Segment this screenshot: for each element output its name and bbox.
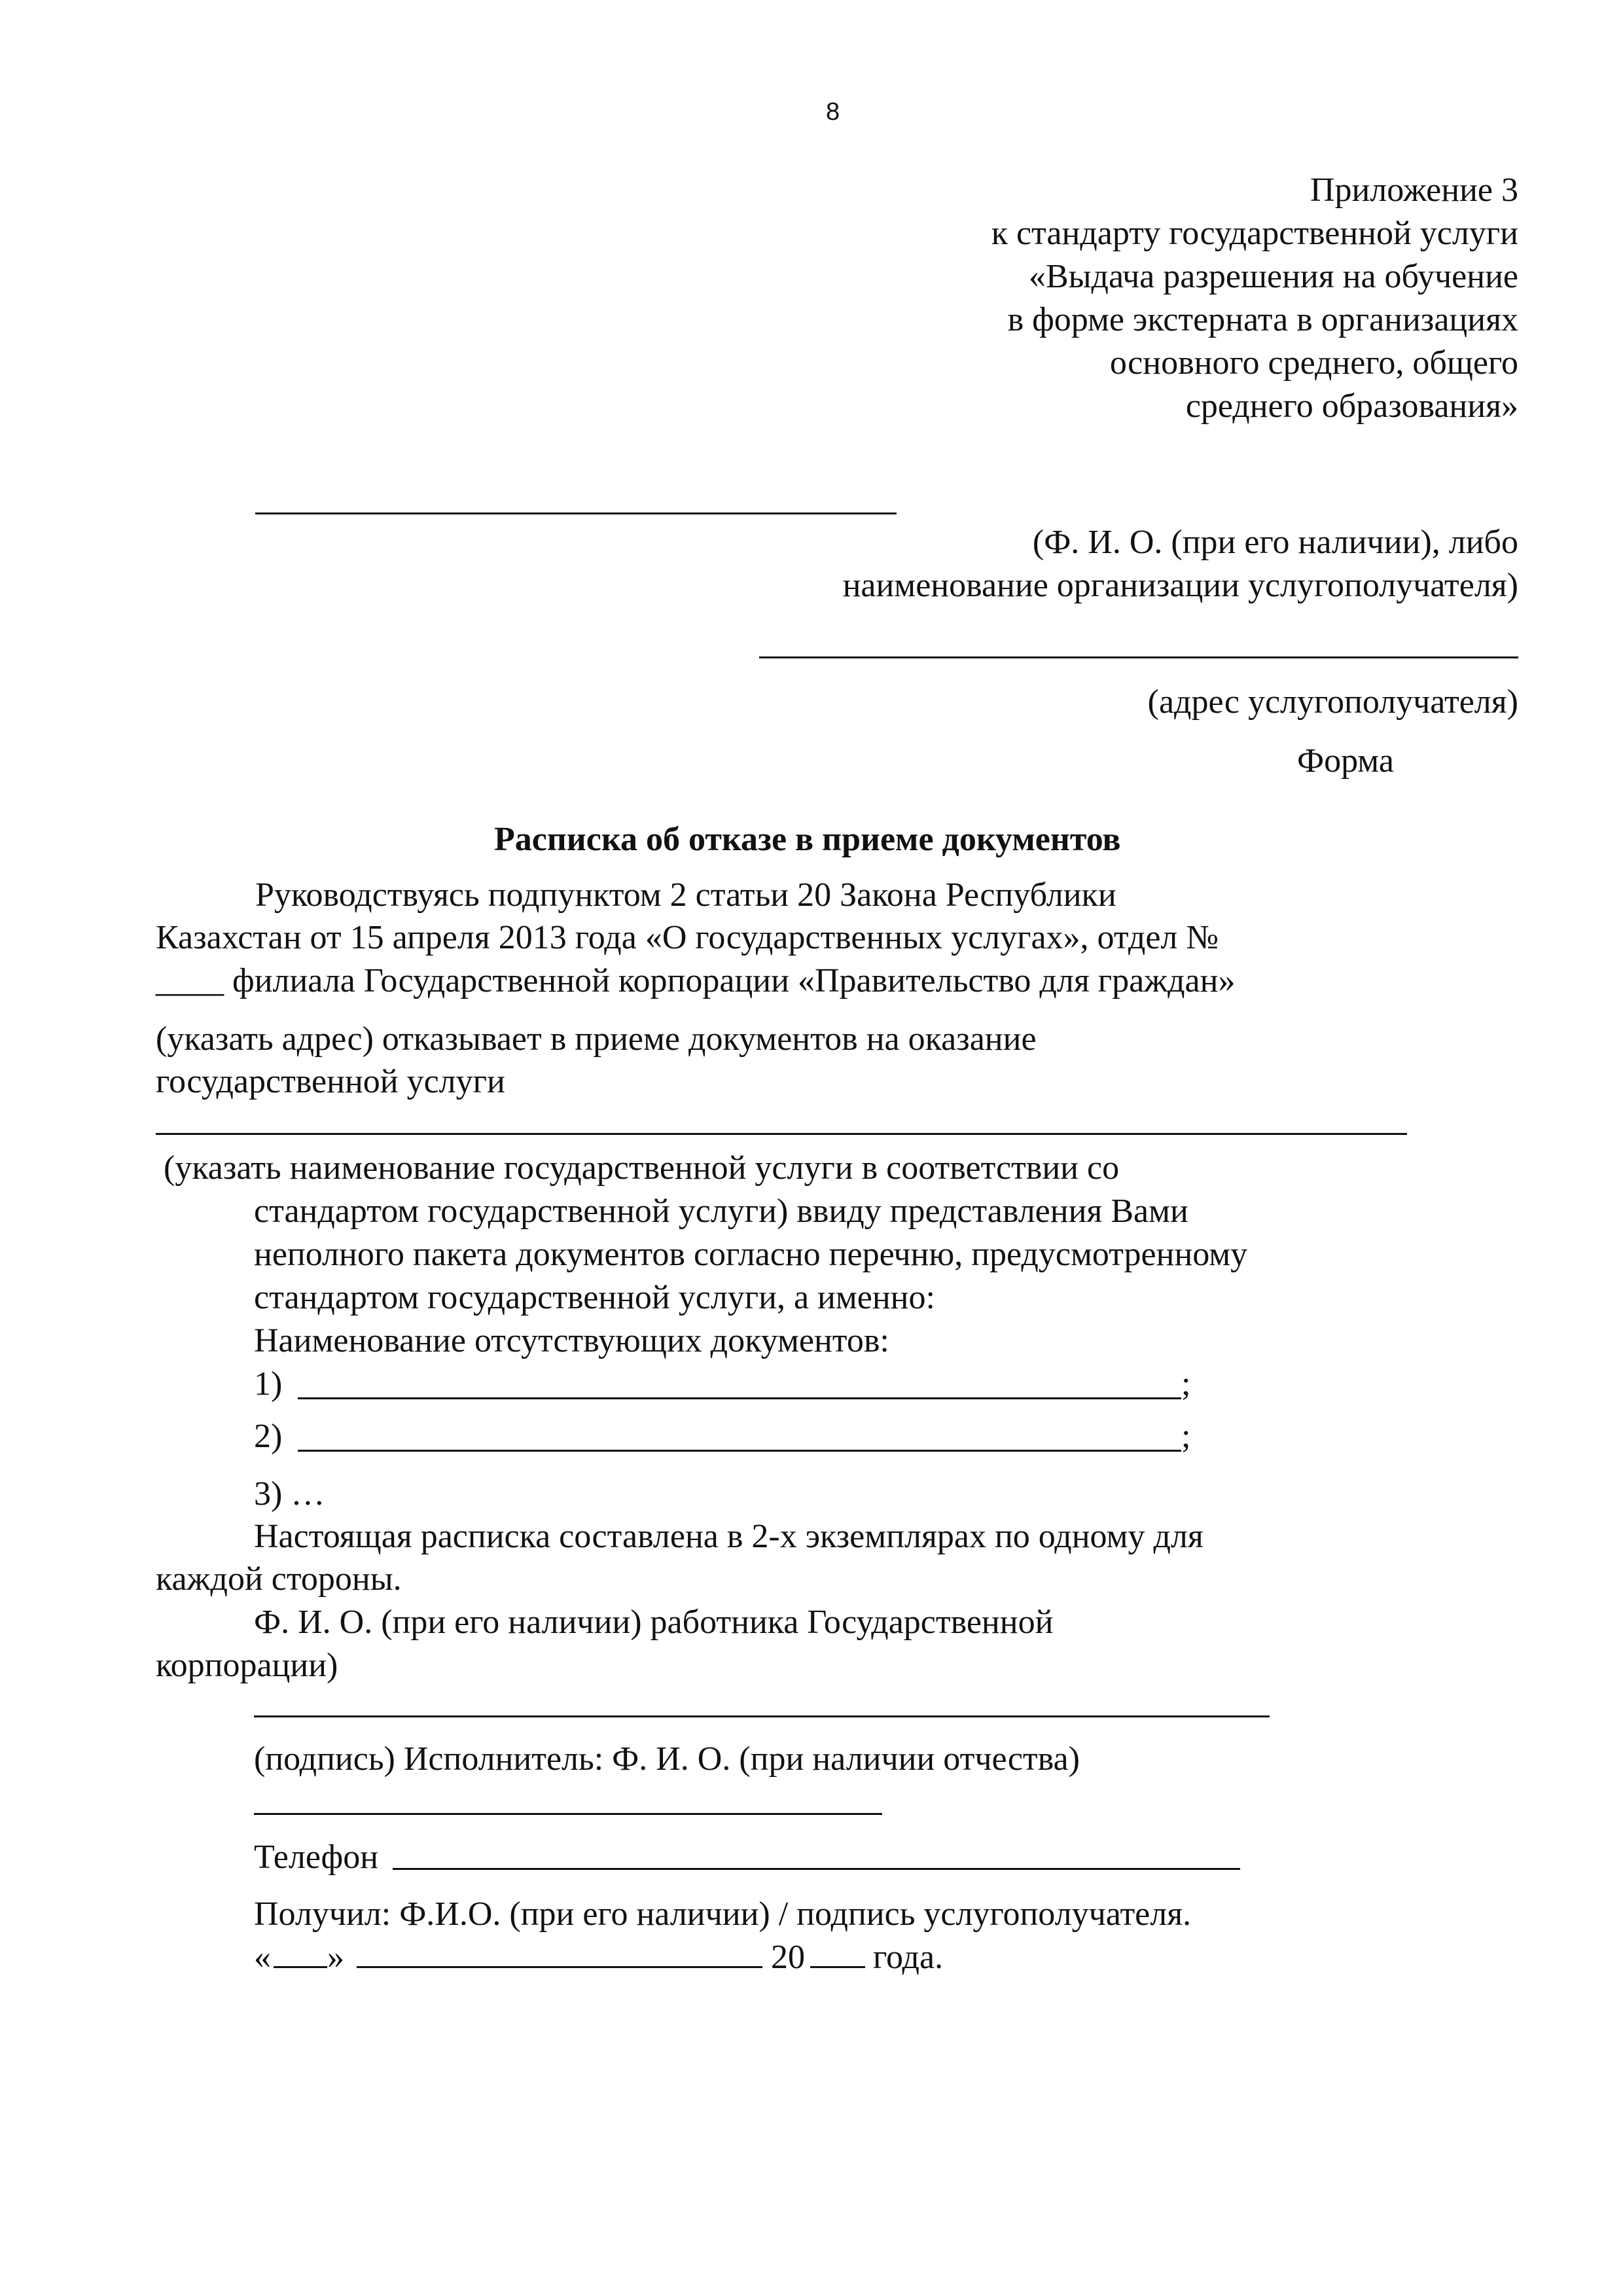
appendix-line-6: среднего образования» [1186, 385, 1518, 428]
item-1-blank[interactable] [298, 1397, 1181, 1399]
appendix-line-4: в форме экстерната в организациях [1008, 298, 1518, 342]
item-1-suffix: ; [1181, 1363, 1190, 1406]
appendix-line-1: Приложение 3 [1310, 169, 1518, 212]
date-year-blank[interactable] [810, 1966, 865, 1968]
executor-name-blank[interactable] [254, 1813, 882, 1815]
copies-line-2: каждой стороны. [156, 1558, 402, 1601]
paragraph-3-line-2: стандартом государственной услуги) ввиду… [254, 1190, 1188, 1233]
item-1-number: 1) [254, 1363, 282, 1406]
date-century: 20 [771, 1936, 805, 1979]
paragraph-3-line-3: неполного пакета документов согласно пер… [254, 1233, 1247, 1276]
recipient-address-blank[interactable] [759, 656, 1518, 658]
service-name-blank[interactable] [156, 1133, 1407, 1135]
employee-signature-blank[interactable] [254, 1715, 1270, 1717]
paragraph-3-line-4: стандартом государственной услуги, а име… [254, 1276, 935, 1319]
copies-line-1: Настоящая расписка составлена в 2-х экзе… [254, 1515, 1204, 1558]
item-2-blank[interactable] [298, 1450, 1181, 1452]
employee-line-2: корпорации) [156, 1644, 338, 1687]
date-day-blank[interactable] [274, 1966, 327, 1968]
paragraph-2-line-1: (указать адрес) отказывает в приеме доку… [156, 1018, 1037, 1061]
appendix-line-5: основного среднего, общего [1110, 342, 1518, 385]
phone-blank[interactable] [393, 1868, 1240, 1870]
paragraph-3-line-1: (указать наименование государственной ус… [164, 1147, 1119, 1190]
received-line: Получил: Ф.И.О. (при его наличии) / подп… [254, 1893, 1191, 1936]
date-open-quote: « [254, 1936, 271, 1979]
document-title: Расписка об отказе в приеме документов [494, 818, 1120, 861]
phone-label: Телефон [254, 1836, 378, 1879]
page-number: 8 [826, 98, 840, 126]
date-month-blank[interactable] [357, 1966, 762, 1968]
paragraph-1-line-3: ____ филиала Государственной корпорации … [156, 960, 1235, 1003]
paragraph-2-line-2: государственной услуги [156, 1060, 505, 1103]
employee-line-1: Ф. И. О. (при его наличии) работника Гос… [254, 1601, 1053, 1644]
item-3-number: 3) … [254, 1473, 325, 1516]
appendix-line-2: к стандарту государственной услуги [991, 212, 1518, 255]
item-2-suffix: ; [1181, 1415, 1190, 1458]
recipient-name-caption-1: (Ф. И. О. (при его наличии), либо [1033, 521, 1518, 564]
recipient-address-caption: (адрес услугополучателя) [1148, 681, 1518, 724]
appendix-line-3: «Выдача разрешения на обучение [1029, 255, 1518, 298]
date-suffix: года. [873, 1936, 943, 1979]
form-label: Форма [1297, 740, 1394, 783]
item-2-number: 2) [254, 1415, 282, 1458]
missing-docs-label: Наименование отсутствующих документов: [254, 1319, 889, 1363]
paragraph-1-line-1: Руководствуясь подпунктом 2 статьи 20 За… [255, 874, 1116, 917]
recipient-name-caption-2: наименование организации услугополучател… [843, 564, 1518, 607]
paragraph-1-line-2: Казахстан от 15 апреля 2013 года «О госу… [156, 916, 1219, 960]
recipient-name-blank[interactable] [255, 512, 897, 514]
signature-caption: (подпись) Исполнитель: Ф. И. О. (при нал… [254, 1738, 1080, 1781]
date-close-quote: » [327, 1936, 344, 1979]
